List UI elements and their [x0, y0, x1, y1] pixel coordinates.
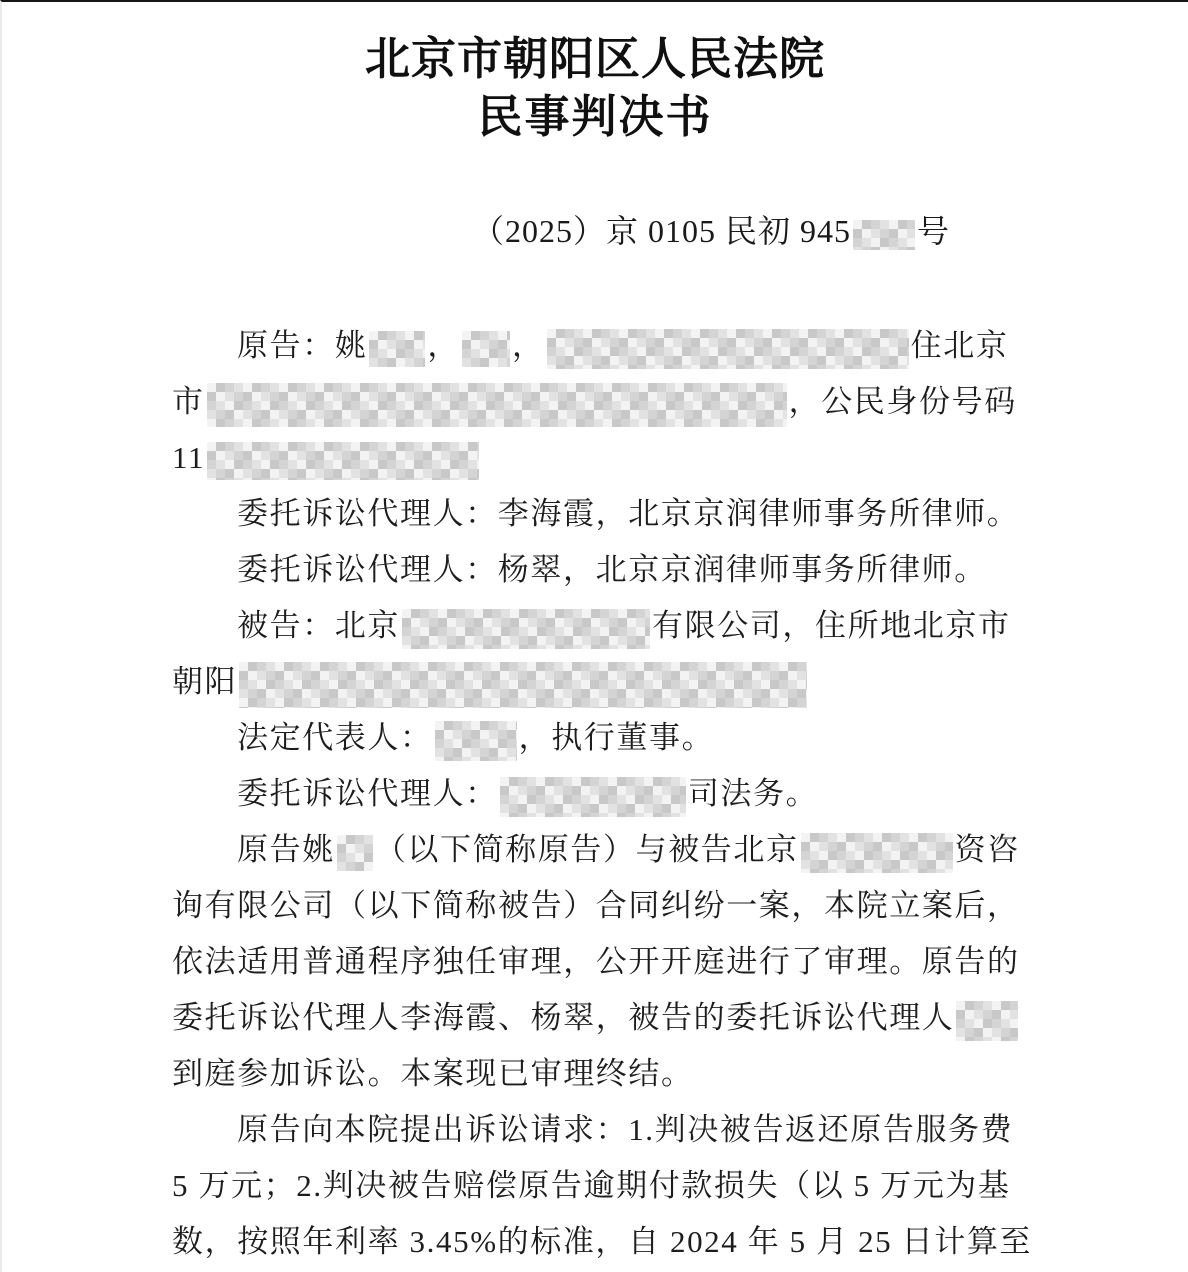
- document-line: 原告：姚，，住北京: [172, 318, 1188, 374]
- document-line: 被告：北京有限公司，住所地北京市: [172, 598, 1188, 654]
- text-run: 原告：姚: [237, 328, 367, 363]
- document-line: 数，按照年利率 3.45%的标准，自 2024 年 5 月 25 日计算至: [172, 1214, 1188, 1270]
- text-run: 询有限公司（以下简称被告）合同纠纷一案，本院立案后，: [172, 888, 1020, 923]
- redaction-block: [547, 329, 909, 369]
- redaction-block: [801, 833, 953, 873]
- redaction-block: [500, 777, 686, 817]
- document-line: 询有限公司（以下简称被告）合同纠纷一案，本院立案后，: [172, 878, 1188, 934]
- document-line: 市，公民身份号码: [172, 374, 1188, 430]
- document-line: 到庭参加诉讼。本案现已审理终结。: [172, 1046, 1188, 1102]
- text-run: （以下简称原告）与被告北京: [375, 832, 799, 867]
- redaction-block: [956, 1001, 1018, 1041]
- redaction-block: [239, 662, 807, 708]
- text-run: ，公民身份号码: [789, 384, 1017, 419]
- document-line: 依法适用普通程序独任审理，公开开庭进行了审理。原告的: [172, 934, 1188, 990]
- redaction-block: [462, 331, 510, 367]
- text-run: 住北京: [911, 328, 1009, 363]
- document-line: 委托诉讼代理人：司法务。: [172, 766, 1188, 822]
- text-run: 司法务。: [688, 776, 818, 811]
- redaction-block: [853, 220, 915, 250]
- document-line: 原告姚（以下简称原告）与被告北京资咨: [172, 822, 1188, 878]
- document-body: 原告：姚，，住北京市，公民身份号码11委托诉讼代理人：李海霞，北京京润律师事务所…: [2, 318, 1188, 1270]
- text-run: ，: [427, 328, 460, 363]
- redaction-block: [207, 383, 787, 427]
- text-run: 委托诉讼代理人：杨翠，北京京润律师事务所律师。: [237, 552, 987, 587]
- text-run: 依法适用普通程序独任审理，公开开庭进行了审理。原告的: [172, 944, 1020, 979]
- document-line: 委托诉讼代理人：杨翠，北京京润律师事务所律师。: [172, 542, 1188, 598]
- text-run: 委托诉讼代理人：李海霞，北京京润律师事务所律师。: [237, 496, 1019, 531]
- text-run: 委托诉讼代理人：: [237, 776, 498, 811]
- document-header: 北京市朝阳区人民法院 民事判决书: [2, 2, 1188, 146]
- text-run: 被告：北京: [237, 608, 400, 643]
- document-line: 5 万元；2.判决被告赔偿原告逾期付款损失（以 5 万元为基: [172, 1158, 1188, 1214]
- text-run: 委托诉讼代理人李海霞、杨翠，被告的委托诉讼代理人: [172, 1000, 954, 1035]
- judgment-page: 北京市朝阳区人民法院 民事判决书 （2025）京 0105 民初 945号 原告…: [0, 0, 1188, 1272]
- text-run: 号: [917, 213, 950, 249]
- text-run: 原告向本院提出诉讼请求：1.判决被告返还原告服务费: [237, 1112, 1013, 1147]
- document-line: 11: [172, 430, 1188, 486]
- text-run: 资咨: [955, 832, 1020, 867]
- text-run: ，: [512, 328, 545, 363]
- document-line: 法定代表人：，执行董事。: [172, 710, 1188, 766]
- text-run: （2025）京 0105 民初 945: [472, 213, 851, 249]
- redaction-block: [207, 442, 479, 480]
- case-number: （2025）京 0105 民初 945号: [2, 210, 1188, 252]
- redaction-block: [435, 721, 517, 761]
- text-run: 原告姚: [237, 832, 335, 867]
- document-line: 委托诉讼代理人李海霞、杨翠，被告的委托诉讼代理人: [172, 990, 1188, 1046]
- text-run: 朝阳: [172, 664, 237, 699]
- redaction-block: [402, 609, 650, 649]
- redaction-block: [369, 331, 425, 367]
- document-line: 委托诉讼代理人：李海霞，北京京润律师事务所律师。: [172, 486, 1188, 542]
- document-line: 朝阳: [172, 654, 1188, 710]
- text-run: 数，按照年利率 3.45%的标准，自 2024 年 5 月 25 日计算至: [172, 1224, 1032, 1259]
- text-run: ，执行董事。: [519, 720, 715, 755]
- court-name: 北京市朝阳区人民法院: [2, 30, 1188, 88]
- text-run: 到庭参加诉讼。本案现已审理终结。: [172, 1056, 694, 1091]
- text-run: 5 万元；2.判决被告赔偿原告逾期付款损失（以 5 万元为基: [172, 1168, 1011, 1203]
- document-type: 民事判决书: [2, 88, 1188, 146]
- text-run: 市: [172, 384, 205, 419]
- document-line: 原告向本院提出诉讼请求：1.判决被告返还原告服务费: [172, 1102, 1188, 1158]
- text-run: 法定代表人：: [237, 720, 433, 755]
- text-run: 有限公司，住所地北京市: [652, 608, 1011, 643]
- redaction-block: [337, 835, 373, 871]
- text-run: 11: [172, 440, 205, 475]
